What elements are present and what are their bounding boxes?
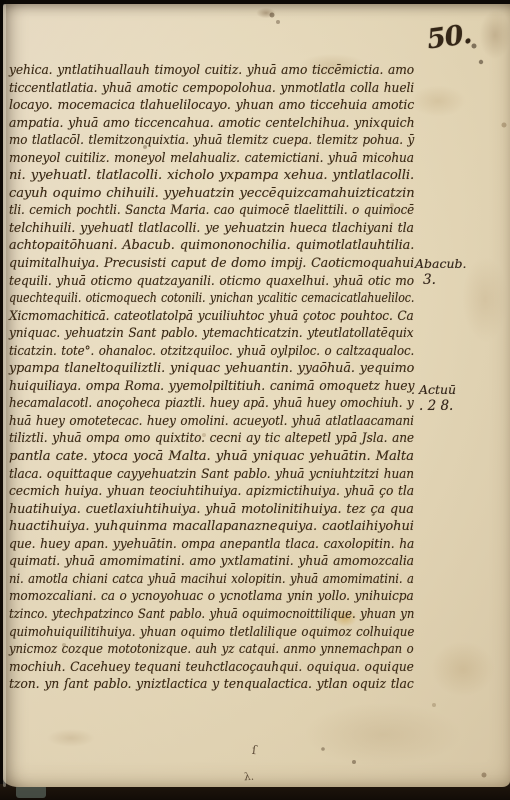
text-line: mochiuh. Cacehuey tequani teuhctlacoçauh… bbox=[9, 659, 414, 677]
text-line: tli. cemich pochtli. Sancta Maria. cao q… bbox=[9, 202, 414, 220]
folio-number: 50. bbox=[425, 18, 483, 55]
text-line: Xicmomachiticā. cateotlatolpā ycuiliuhto… bbox=[9, 308, 414, 326]
text-line: pantla cate. ytoca yocā Malta. yhuā yniq… bbox=[9, 448, 414, 466]
text-line: moneyol cuitiliz. moneyol melahualiz. ca… bbox=[9, 150, 414, 168]
text-line: ni. amotla chiani catca yhuā macihui xol… bbox=[9, 571, 414, 589]
paper-stain bbox=[421, 632, 505, 706]
margin-note-number: 3. bbox=[415, 272, 467, 288]
ink-mark-upper: ſ bbox=[251, 743, 257, 757]
text-line: huā huey omotetecac. huey omolini. acuey… bbox=[9, 413, 414, 431]
text-line: mo tlatlacōl. tlemitzonquixtia. yhuā tle… bbox=[9, 132, 414, 150]
margin-note-number: . 2 8. bbox=[411, 398, 456, 414]
text-line: quechtequili. oticmoquech cotonili. ynic… bbox=[9, 290, 414, 308]
text-line: ampatia. yhuā amo ticcencahua. amotic ce… bbox=[9, 115, 415, 133]
ink-mark-lower: λ. bbox=[244, 771, 255, 784]
text-line: yehica. yntlatihuallauh timoyol cuitiz. … bbox=[9, 62, 414, 80]
text-line: achtopaitōhuani. Abacub. quimononochilia… bbox=[9, 237, 414, 255]
manuscript-page: 50. yehica. yntlatihuallauh timoyol cuit… bbox=[3, 4, 510, 787]
manuscript-text-block: yehica. yntlatihuallauh timoyol cuitiz. … bbox=[9, 62, 414, 694]
text-line: huiquiliaya. ompa Roma. yyemolpiltitiuh.… bbox=[9, 378, 414, 396]
margin-note-actuum: . Actuū . 2 8. bbox=[411, 382, 456, 414]
paper-stain bbox=[39, 726, 103, 750]
text-line: tequili. yhuā oticmo quatzayanili. oticm… bbox=[9, 273, 414, 291]
text-line: quimitalhuiya. Precusisti caput de domo … bbox=[9, 255, 414, 273]
text-line: ticatzin. tote°. ohanaloc. otzitzquiloc.… bbox=[9, 343, 414, 361]
text-line: locayo. mocemacica tlahuelilocayo. yhuan… bbox=[9, 97, 414, 115]
text-line: ynicmoz cozque mototonizque. auh yz catq… bbox=[9, 641, 414, 659]
text-line: tlaca. oquittaque cayyehuatzin Sant pabl… bbox=[9, 466, 414, 484]
paper-stain bbox=[253, 6, 279, 20]
text-line: quimati. yhuā amomimatini. amo yxtlamati… bbox=[9, 553, 414, 571]
text-line: que. huey apan. yyehuātin. ompa anepantl… bbox=[9, 536, 414, 554]
text-line: tzinco. ytechpatzinco Sant pablo. yhuā o… bbox=[9, 606, 414, 624]
margin-note-label: Abacub. bbox=[415, 256, 467, 271]
text-line: cayuh oquimo chihuili. yyehuatzin yeccēq… bbox=[9, 185, 415, 203]
text-line: ni. yyehuatl. tlatlacolli. xicholo yxpam… bbox=[9, 167, 414, 185]
text-line: quimohuiquilitihuiya. yhuan oquimo tletl… bbox=[9, 624, 414, 642]
text-line: tiliztli. yhuā ompa omo quixtito. cecni … bbox=[9, 430, 414, 448]
text-line: telchihuili. yyehuatl tlatlacolli. ye ye… bbox=[9, 220, 414, 238]
text-line: hecamalacotl. anoçoheca piaztli. huey ap… bbox=[9, 395, 414, 413]
paper-stain bbox=[278, 692, 488, 777]
text-line: cecmich huiya. yhuan teociuhtihuiya. api… bbox=[9, 483, 414, 501]
text-line: yniquac. yehuatzin Sant pablo. ytemachti… bbox=[9, 325, 414, 343]
text-line: huactihuiya. yuhquinma macallapanaznequi… bbox=[9, 518, 414, 536]
text-line: huatihuiya. cuetlaxiuhtihuiya. yhuā moto… bbox=[9, 501, 414, 519]
text-line: ticcentlatlatia. yhuā amotic cempopolohu… bbox=[9, 80, 414, 98]
margin-note-abacub: Abacub. 3. bbox=[415, 256, 467, 288]
text-line: ypampa tlaneltoquiliztli. yniquac yehuan… bbox=[9, 360, 414, 378]
margin-note-label: . Actuū bbox=[411, 382, 456, 397]
ink-speckles bbox=[3, 4, 5, 6]
text-line: momozcaliani. ca o ycnoyohuac o ycnotlam… bbox=[9, 588, 414, 606]
text-line: tzon. yn ſant pablo. yniztlactica y tenq… bbox=[9, 676, 414, 694]
